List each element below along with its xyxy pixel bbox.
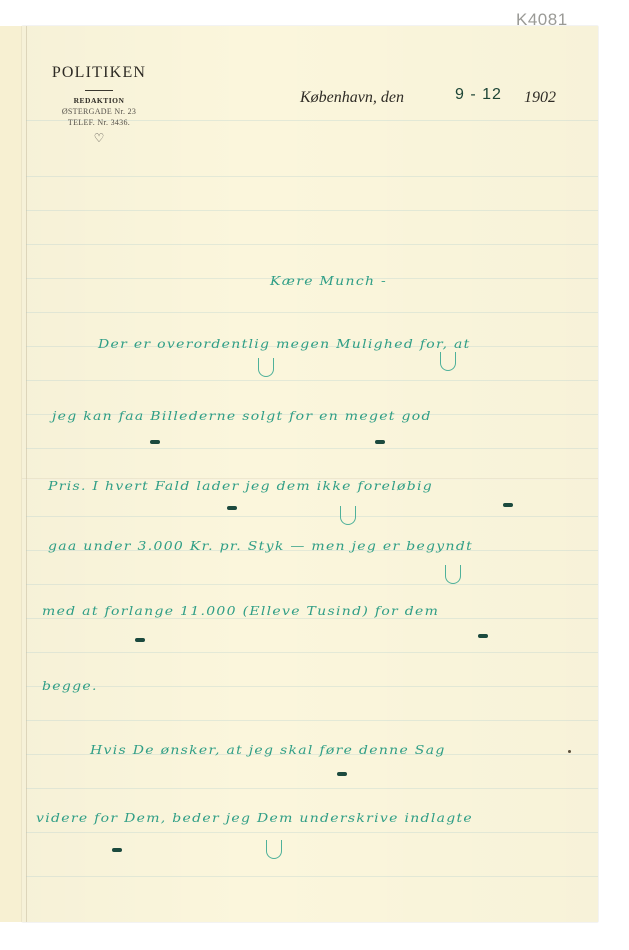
ruled-line — [26, 516, 598, 517]
body-line-8: videre for Dem, beder jeg Dem underskriv… — [36, 812, 473, 826]
descender-loop — [258, 358, 274, 377]
letterhead: POLITIKEN REDAKTION ØSTERGADE Nr. 23 TEL… — [40, 64, 158, 146]
descender-loop — [340, 506, 356, 525]
ink-tail — [112, 848, 122, 852]
ruled-line — [26, 720, 598, 721]
ruled-line — [26, 832, 598, 833]
dateline-year: 1902 — [524, 89, 556, 107]
ink-tail — [478, 634, 488, 638]
body-line-6: begge. — [42, 680, 98, 694]
ruled-line — [26, 788, 598, 789]
body-line-7: Hvis De ønsker, at jeg skal føre denne S… — [90, 744, 446, 758]
body-line-5: med at forlange 11.000 (Elleve Tusind) f… — [42, 605, 439, 619]
letterhead-address: ØSTERGADE Nr. 23 — [40, 107, 158, 116]
letter-sheet — [22, 26, 598, 922]
descender-loop — [266, 840, 282, 859]
ruled-line — [26, 448, 598, 449]
ink-tail — [337, 772, 347, 776]
ink-tail — [375, 440, 385, 444]
ruled-line — [26, 876, 598, 877]
ink-tail — [503, 503, 513, 507]
heart-ornament-icon: ♡ — [40, 131, 158, 146]
dateline-place: København, den — [300, 89, 404, 106]
archive-id: K4081 — [516, 10, 568, 30]
body-line-2: jeg kan faa Billederne solgt for en mege… — [52, 410, 432, 424]
ruled-line — [26, 244, 598, 245]
letterhead-title: POLITIKEN — [40, 64, 158, 82]
ruled-line — [26, 584, 598, 585]
descender-loop — [440, 352, 456, 371]
letterhead-department: REDAKTION — [40, 96, 158, 105]
adjacent-page-edge — [0, 26, 23, 922]
ink-tail — [135, 638, 145, 642]
ink-dot — [568, 750, 571, 753]
ink-tail — [227, 506, 237, 510]
letterhead-divider — [85, 90, 113, 91]
dateline-printed: København, den — [300, 89, 404, 107]
ruled-line — [26, 652, 598, 653]
body-line-4: gaa under 3.000 Kr. pr. Styk — men jeg e… — [48, 540, 473, 554]
handwritten-date: 9 - 12 — [455, 86, 502, 104]
salutation: Kære Munch - — [270, 275, 387, 289]
ruled-line — [26, 686, 598, 687]
ruled-line — [26, 210, 598, 211]
ink-tail — [150, 440, 160, 444]
letterhead-phone: TELEF. Nr. 3436. — [40, 118, 158, 127]
body-line-1: Der er overordentlig megen Mulighed for,… — [98, 338, 471, 352]
descender-loop — [445, 565, 461, 584]
ruled-line — [26, 176, 598, 177]
ruled-line — [26, 380, 598, 381]
ruled-line — [26, 312, 598, 313]
body-line-3: Pris. I hvert Fald lader jeg dem ikke fo… — [48, 480, 433, 494]
